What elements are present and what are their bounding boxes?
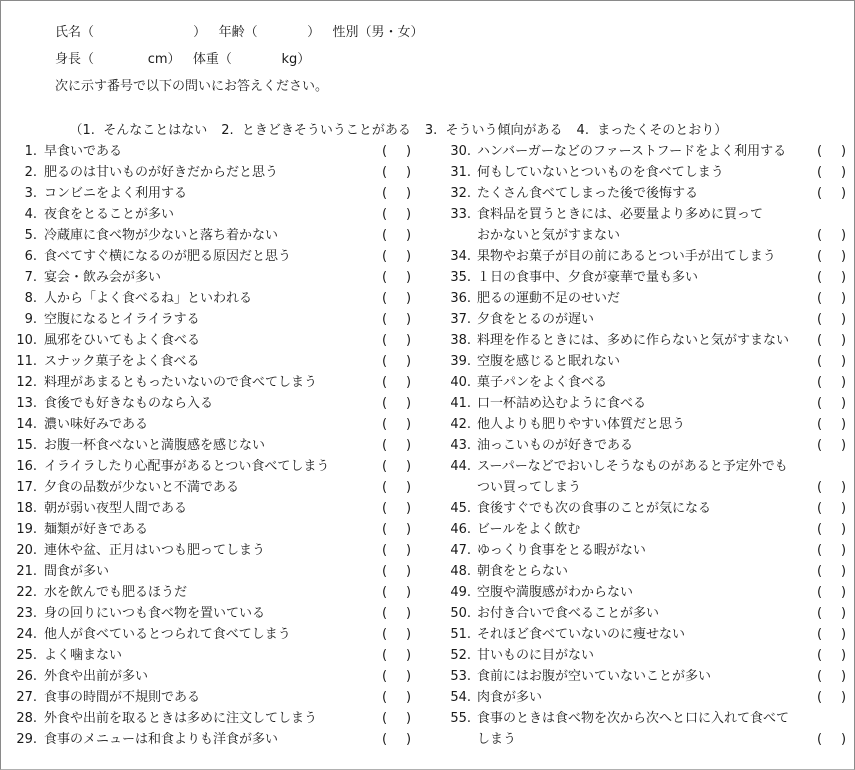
question-text: 肥るの運動不足のせいだ [477,288,620,309]
answer-field[interactable]: () [382,666,412,687]
question-text: 朝が弱い夜型人間である [44,498,187,519]
answer-field[interactable]: () [817,435,847,456]
answer-field-open-paren: ( [382,351,388,372]
answer-field-open-paren: ( [382,267,388,288]
question-number: 47. [431,540,471,561]
answer-field[interactable]: () [382,351,412,372]
answer-field[interactable]: () [817,561,847,582]
answer-field-open-paren: ( [382,141,388,162]
question-item: 30.ハンバーガーなどのファーストフードをよく利用する() [431,141,855,162]
answer-field[interactable]: () [382,687,412,708]
question-number: 45. [431,498,471,519]
answer-field-close-paren: ) [841,351,847,372]
question-number: 9. [1,309,37,330]
question-number: 36. [431,288,471,309]
question-number: 40. [431,372,471,393]
answer-field[interactable]: () [382,603,412,624]
question-number: 22. [1,582,37,603]
question-item: 27.食事の時間が不規則である() [1,687,431,708]
answer-field-open-paren: ( [382,162,388,183]
answer-field[interactable]: () [817,162,847,183]
answer-field-close-paren: ) [406,267,412,288]
questionnaire-page: 氏名（ ） 年齢（ ） 性別（男・女） 身長（ cm） 体重（ kg） 次に示す… [0,0,855,770]
answer-field-close-paren: ) [841,498,847,519]
question-number: 28. [1,708,37,729]
answer-field-open-paren: ( [382,414,388,435]
answer-field[interactable]: () [817,414,847,435]
question-number: 10. [1,330,37,351]
question-number: 55. [431,708,471,729]
question-item: 5.冷蔵庫に食べ物が少ないと落ち着かない() [1,225,431,246]
answer-field-close-paren: ) [841,393,847,414]
answer-field-open-paren: ( [382,729,388,750]
answer-field-open-paren: ( [817,183,823,204]
answer-field-open-paren: ( [382,372,388,393]
question-item: 14.濃い味好みである() [1,414,431,435]
answer-field[interactable]: () [817,498,847,519]
question-text: スナック菓子をよく食べる [44,351,199,372]
answer-field[interactable]: () [382,435,412,456]
question-text: 菓子パンをよく食べる [477,372,607,393]
question-number: 13. [1,393,37,414]
question-number: 46. [431,519,471,540]
question-item: 8.人から「よく食べるね」といわれる() [1,288,431,309]
answer-field-open-paren: ( [382,519,388,540]
question-text: よく噛まない [44,645,122,666]
question-number: 12. [1,372,37,393]
answer-field-close-paren: ) [406,582,412,603]
answer-field-close-paren: ) [841,288,847,309]
answer-field-close-paren: ) [841,435,847,456]
question-item: 47.ゆっくり食事をとる暇がない() [431,540,855,561]
question-item: 46.ビールをよく飲む() [431,519,855,540]
answer-field[interactable]: () [382,330,412,351]
question-text: 他人よりも肥りやすい体質だと思う [477,414,685,435]
answer-field[interactable]: () [382,393,412,414]
answer-field-open-paren: ( [817,162,823,183]
answer-field-close-paren: ) [841,519,847,540]
answer-field-open-paren: ( [817,519,823,540]
question-number: 18. [1,498,37,519]
answer-field-open-paren: ( [382,687,388,708]
answer-field-close-paren: ) [841,183,847,204]
question-item: 25.よく噛まない() [1,645,431,666]
answer-field[interactable]: () [817,687,847,708]
question-item: 13.食後でも好きなものなら入る() [1,393,431,414]
answer-field-open-paren: ( [382,225,388,246]
question-text: 食料品を買うときには、必要量より多めに買って [477,204,763,225]
instruction-text: 次に示す番号で以下の問いにお答えください。 [55,78,328,96]
answer-field-open-paren: ( [817,477,823,498]
question-text: １日の食事中、夕食が豪華で量も多い [477,267,698,288]
question-number: 32. [431,183,471,204]
question-text: ゆっくり食事をとる暇がない [477,540,646,561]
answer-field-close-paren: ) [406,624,412,645]
answer-field-open-paren: ( [817,540,823,561]
answer-field[interactable]: () [382,708,412,729]
question-text: 空腹や満腹感がわからない [477,582,633,603]
answer-field[interactable]: () [817,141,847,162]
question-text-continued: おかないと気がすまない [477,225,620,246]
question-text: 夜食をとることが多い [44,204,174,225]
question-number: 42. [431,414,471,435]
answer-field-open-paren: ( [382,645,388,666]
question-number: 37. [431,309,471,330]
question-number: 44. [431,456,471,477]
answer-field-close-paren: ) [406,645,412,666]
question-number: 49. [431,582,471,603]
question-number: 52. [431,645,471,666]
question-number: 5. [1,225,37,246]
question-item: 26.外食や出前が多い() [1,666,431,687]
answer-field[interactable]: () [382,498,412,519]
answer-field-close-paren: ) [841,666,847,687]
answer-field[interactable]: () [817,624,847,645]
question-text: 食事の時間が不規則である [44,687,200,708]
answer-field[interactable]: () [382,267,412,288]
question-item: 45.食後すぐでも次の食事のことが気になる() [431,498,855,519]
question-number: 53. [431,666,471,687]
answer-field-close-paren: ) [406,477,412,498]
question-item: 15.お腹一杯食べないと満腹感を感じない() [1,435,431,456]
answer-field[interactable]: () [817,645,847,666]
question-text: 油っこいものが好きである [477,435,633,456]
answer-field-open-paren: ( [382,183,388,204]
question-text: 連休や盆、正月はいつも肥ってしまう [44,540,265,561]
answer-field-close-paren: ) [841,141,847,162]
answer-field[interactable]: () [382,372,412,393]
answer-field[interactable]: () [817,267,847,288]
question-text: 濃い味好みである [44,414,148,435]
answer-field-open-paren: ( [817,288,823,309]
answer-field-close-paren: ) [406,519,412,540]
question-number: 15. [1,435,37,456]
question-text: 他人が食べているとつられて食べてしまう [44,624,291,645]
answer-field-close-paren: ) [406,351,412,372]
answer-field[interactable]: () [382,141,412,162]
scale-option-1: （1. そんなことはない [70,123,208,138]
question-number: 4. [1,204,37,225]
answer-field-close-paren: ) [841,267,847,288]
answer-field-open-paren: ( [382,288,388,309]
answer-field-close-paren: ) [406,372,412,393]
question-number: 39. [431,351,471,372]
question-item: 51.それほど食べていないのに痩せない() [431,624,855,645]
question-number: 8. [1,288,37,309]
answer-field[interactable]: () [382,288,412,309]
question-text: 食べてすぐ横になるのが肥る原因だと思う [44,246,291,267]
answer-field-close-paren: ) [841,225,847,246]
question-number: 51. [431,624,471,645]
answer-field-close-paren: ) [841,645,847,666]
answer-field-close-paren: ) [406,729,412,750]
answer-field-close-paren: ) [406,540,412,561]
question-item: 41.口一杯詰め込むように食べる() [431,393,855,414]
question-item: 1.早食いである() [1,141,431,162]
answer-field-close-paren: ) [841,603,847,624]
question-text: ビールをよく飲む [477,519,580,540]
answer-field[interactable]: () [382,183,412,204]
question-text: 水を飲んでも肥るほうだ [44,582,187,603]
answer-field[interactable]: () [382,309,412,330]
question-item: 6.食べてすぐ横になるのが肥る原因だと思う() [1,246,431,267]
scale-option-4: 4. まったくそのとおり） [577,123,728,138]
answer-field-close-paren: ) [406,162,412,183]
question-number: 21. [1,561,37,582]
question-item: 38.料理を作るときには、多めに作らないと気がすまない() [431,330,855,351]
answer-field-open-paren: ( [817,687,823,708]
answer-field[interactable]: () [817,519,847,540]
question-text: 宴会・飲み会が多い [44,267,161,288]
question-item: 17.夕食の品数が少ないと不満である() [1,477,431,498]
question-item: 53.食前にはお腹が空いていないことが多い() [431,666,855,687]
answer-field[interactable]: () [817,288,847,309]
answer-field[interactable]: () [382,414,412,435]
answer-field-open-paren: ( [382,204,388,225]
answer-field[interactable]: () [817,330,847,351]
question-item: 19.麺類が好きである() [1,519,431,540]
question-number: 19. [1,519,37,540]
answer-field-close-paren: ) [406,183,412,204]
answer-field-open-paren: ( [817,267,823,288]
answer-field-close-paren: ) [841,729,847,750]
question-number: 38. [431,330,471,351]
answer-field[interactable]: () [817,246,847,267]
question-text: 麺類が好きである [44,519,148,540]
answer-field[interactable]: () [382,624,412,645]
answer-field[interactable]: () [817,183,847,204]
question-number: 31. [431,162,471,183]
answer-field[interactable]: () [817,225,847,246]
question-text: 食後でも好きなものなら入る [44,393,213,414]
question-text: 外食や出前を取るときは多めに注文してしまう [44,708,317,729]
answer-field-open-paren: ( [817,624,823,645]
question-text: 空腹を感じると眠れない [477,351,620,372]
answer-field[interactable]: () [382,204,412,225]
question-item: 22.水を飲んでも肥るほうだ() [1,582,431,603]
question-text: 冷蔵庫に食べ物が少ないと落ち着かない [44,225,278,246]
answer-field[interactable]: () [382,225,412,246]
question-number: 33. [431,204,471,225]
answer-field-close-paren: ) [841,582,847,603]
answer-field[interactable]: () [382,246,412,267]
answer-field-open-paren: ( [382,540,388,561]
answer-field-close-paren: ) [406,456,412,477]
answer-field[interactable]: () [382,561,412,582]
question-number: 1. [1,141,37,162]
question-text: 何もしていないとついものを食べてしまう [477,162,724,183]
question-text: 肉食が多い [477,687,542,708]
question-item: 21.間食が多い() [1,561,431,582]
question-number: 11. [1,351,37,372]
question-item: 50.お付き合いで食べることが多い() [431,603,855,624]
question-item: 28.外食や出前を取るときは多めに注文してしまう() [1,708,431,729]
question-number: 27. [1,687,37,708]
question-number: 35. [431,267,471,288]
question-item: 10.風邪をひいてもよく食べる() [1,330,431,351]
answer-field[interactable]: () [382,540,412,561]
answer-field-close-paren: ) [406,288,412,309]
question-item: 11.スナック菓子をよく食べる() [1,351,431,372]
answer-field[interactable]: () [382,729,412,750]
answer-field-close-paren: ) [406,204,412,225]
question-item: 52.甘いものに目がない() [431,645,855,666]
question-number: 24. [1,624,37,645]
question-number: 41. [431,393,471,414]
question-text: 肥るのは甘いものが好きだからだと思う [44,162,278,183]
question-number: 16. [1,456,37,477]
question-item: 4.夜食をとることが多い() [1,204,431,225]
answer-field-open-paren: ( [817,330,823,351]
answer-field[interactable]: () [382,519,412,540]
question-item: 20.連休や盆、正月はいつも肥ってしまう() [1,540,431,561]
question-item: 33.食料品を買うときには、必要量より多めに買っておかないと気がすまない() [431,204,855,246]
question-text: 朝食をとらない [477,561,568,582]
question-number: 43. [431,435,471,456]
answer-field[interactable]: () [382,645,412,666]
answer-field-close-paren: ) [841,330,847,351]
answer-field-open-paren: ( [382,582,388,603]
question-text: 食事のときは食べ物を次から次へと口に入れて食べて [477,708,789,729]
question-list-right: 30.ハンバーガーなどのファーストフードをよく利用する()31.何もしていないと… [431,141,855,750]
question-text: ハンバーガーなどのファーストフードをよく利用する [477,141,786,162]
answer-field-close-paren: ) [406,309,412,330]
question-item: 44.スーパーなどでおいしそうなものがあると予定外でもつい買ってしまう() [431,456,855,498]
answer-field-open-paren: ( [382,309,388,330]
question-text: 甘いものに目がない [477,645,594,666]
question-item: 29.食事のメニューは和食よりも洋食が多い() [1,729,431,750]
question-item: 31.何もしていないとついものを食べてしまう() [431,162,855,183]
question-text: 夕食をとるのが遅い [477,309,594,330]
answer-field-open-paren: ( [382,456,388,477]
question-number: 23. [1,603,37,624]
answer-field-close-paren: ) [406,687,412,708]
answer-field-close-paren: ) [406,414,412,435]
answer-field-open-paren: ( [382,666,388,687]
personal-info-name-age-sex: 氏名（ ） 年齢（ ） 性別（男・女） [55,24,424,42]
question-item: 40.菓子パンをよく食べる() [431,372,855,393]
answer-field[interactable]: () [382,582,412,603]
question-number: 6. [1,246,37,267]
answer-field-open-paren: ( [382,624,388,645]
question-text: 食前にはお腹が空いていないことが多い [477,666,711,687]
question-number: 30. [431,141,471,162]
answer-field[interactable]: () [817,372,847,393]
answer-field[interactable]: () [817,393,847,414]
answer-field[interactable]: () [817,477,847,498]
question-item: 42.他人よりも肥りやすい体質だと思う() [431,414,855,435]
answer-field-open-paren: ( [382,477,388,498]
question-item: 3.コンビニをよく利用する() [1,183,431,204]
question-text: 食事のメニューは和食よりも洋食が多い [44,729,278,750]
answer-field-close-paren: ) [406,141,412,162]
question-text: 空腹になるとイライラする [44,309,200,330]
answer-field-open-paren: ( [382,561,388,582]
question-item: 49.空腹や満腹感がわからない() [431,582,855,603]
question-text: 間食が多い [44,561,109,582]
answer-field[interactable]: () [817,582,847,603]
answer-field-close-paren: ) [406,561,412,582]
answer-field-open-paren: ( [817,246,823,267]
question-item: 7.宴会・飲み会が多い() [1,267,431,288]
scale-option-2: 2. ときどきそういうことがある [221,123,411,138]
question-number: 20. [1,540,37,561]
answer-field-close-paren: ) [841,624,847,645]
question-text-continued: しまう [477,729,516,750]
answer-field[interactable]: () [817,729,847,750]
question-number: 2. [1,162,37,183]
question-text-continued: つい買ってしまう [477,477,581,498]
answer-field-open-paren: ( [817,225,823,246]
answer-field-close-paren: ) [406,435,412,456]
answer-field-close-paren: ) [406,666,412,687]
question-item: 35.１日の食事中、夕食が豪華で量も多い() [431,267,855,288]
question-text: 身の回りにいつも食べ物を置いている [44,603,265,624]
question-text: お腹一杯食べないと満腹感を感じない [44,435,265,456]
answer-field-close-paren: ) [406,603,412,624]
question-text: 口一杯詰め込むように食べる [477,393,646,414]
question-text: スーパーなどでおいしそうなものがあると予定外でも [477,456,788,477]
answer-field-close-paren: ) [841,246,847,267]
answer-field-close-paren: ) [406,225,412,246]
answer-field-open-paren: ( [817,729,823,750]
answer-field-open-paren: ( [817,435,823,456]
answer-field[interactable]: () [817,603,847,624]
question-number: 26. [1,666,37,687]
answer-field-close-paren: ) [841,687,847,708]
question-text: 風邪をひいてもよく食べる [44,330,200,351]
answer-field-close-paren: ) [841,162,847,183]
question-number: 25. [1,645,37,666]
answer-field-open-paren: ( [817,351,823,372]
question-text: 人から「よく食べるね」といわれる [44,288,252,309]
answer-field-close-paren: ) [841,414,847,435]
answer-field-open-paren: ( [817,561,823,582]
answer-field-open-paren: ( [382,435,388,456]
answer-field[interactable]: () [382,456,412,477]
answer-field[interactable]: () [817,309,847,330]
question-item: 54.肉食が多い() [431,687,855,708]
question-item: 43.油っこいものが好きである() [431,435,855,456]
question-item: 9.空腹になるとイライラする() [1,309,431,330]
answer-field[interactable]: () [817,666,847,687]
answer-field-close-paren: ) [841,561,847,582]
question-number: 29. [1,729,37,750]
question-item: 39.空腹を感じると眠れない() [431,351,855,372]
question-item: 32.たくさん食べてしまった後で後悔する() [431,183,855,204]
question-text: コンビニをよく利用する [44,183,187,204]
question-number: 50. [431,603,471,624]
question-item: 48.朝食をとらない() [431,561,855,582]
answer-field[interactable]: () [817,540,847,561]
question-list-left: 1.早食いである()2.肥るのは甘いものが好きだからだと思う()3.コンビニをよ… [1,141,431,750]
answer-field-close-paren: ) [841,309,847,330]
question-item: 12.料理があまるともったいないので食べてしまう() [1,372,431,393]
question-text: 夕食の品数が少ないと不満である [44,477,239,498]
question-text: 果物やお菓子が目の前にあるとつい手が出てしまう [477,246,776,267]
question-text: お付き合いで食べることが多い [477,603,659,624]
answer-field[interactable]: () [382,477,412,498]
question-number: 17. [1,477,37,498]
answer-field-open-paren: ( [382,603,388,624]
question-item: 34.果物やお菓子が目の前にあるとつい手が出てしまう() [431,246,855,267]
question-text: 料理を作るときには、多めに作らないと気がすまない [477,330,789,351]
answer-field[interactable]: () [382,162,412,183]
question-text: 食後すぐでも次の食事のことが気になる [477,498,711,519]
question-text: たくさん食べてしまった後で後悔する [477,183,698,204]
answer-field[interactable]: () [817,351,847,372]
answer-field-open-paren: ( [817,498,823,519]
